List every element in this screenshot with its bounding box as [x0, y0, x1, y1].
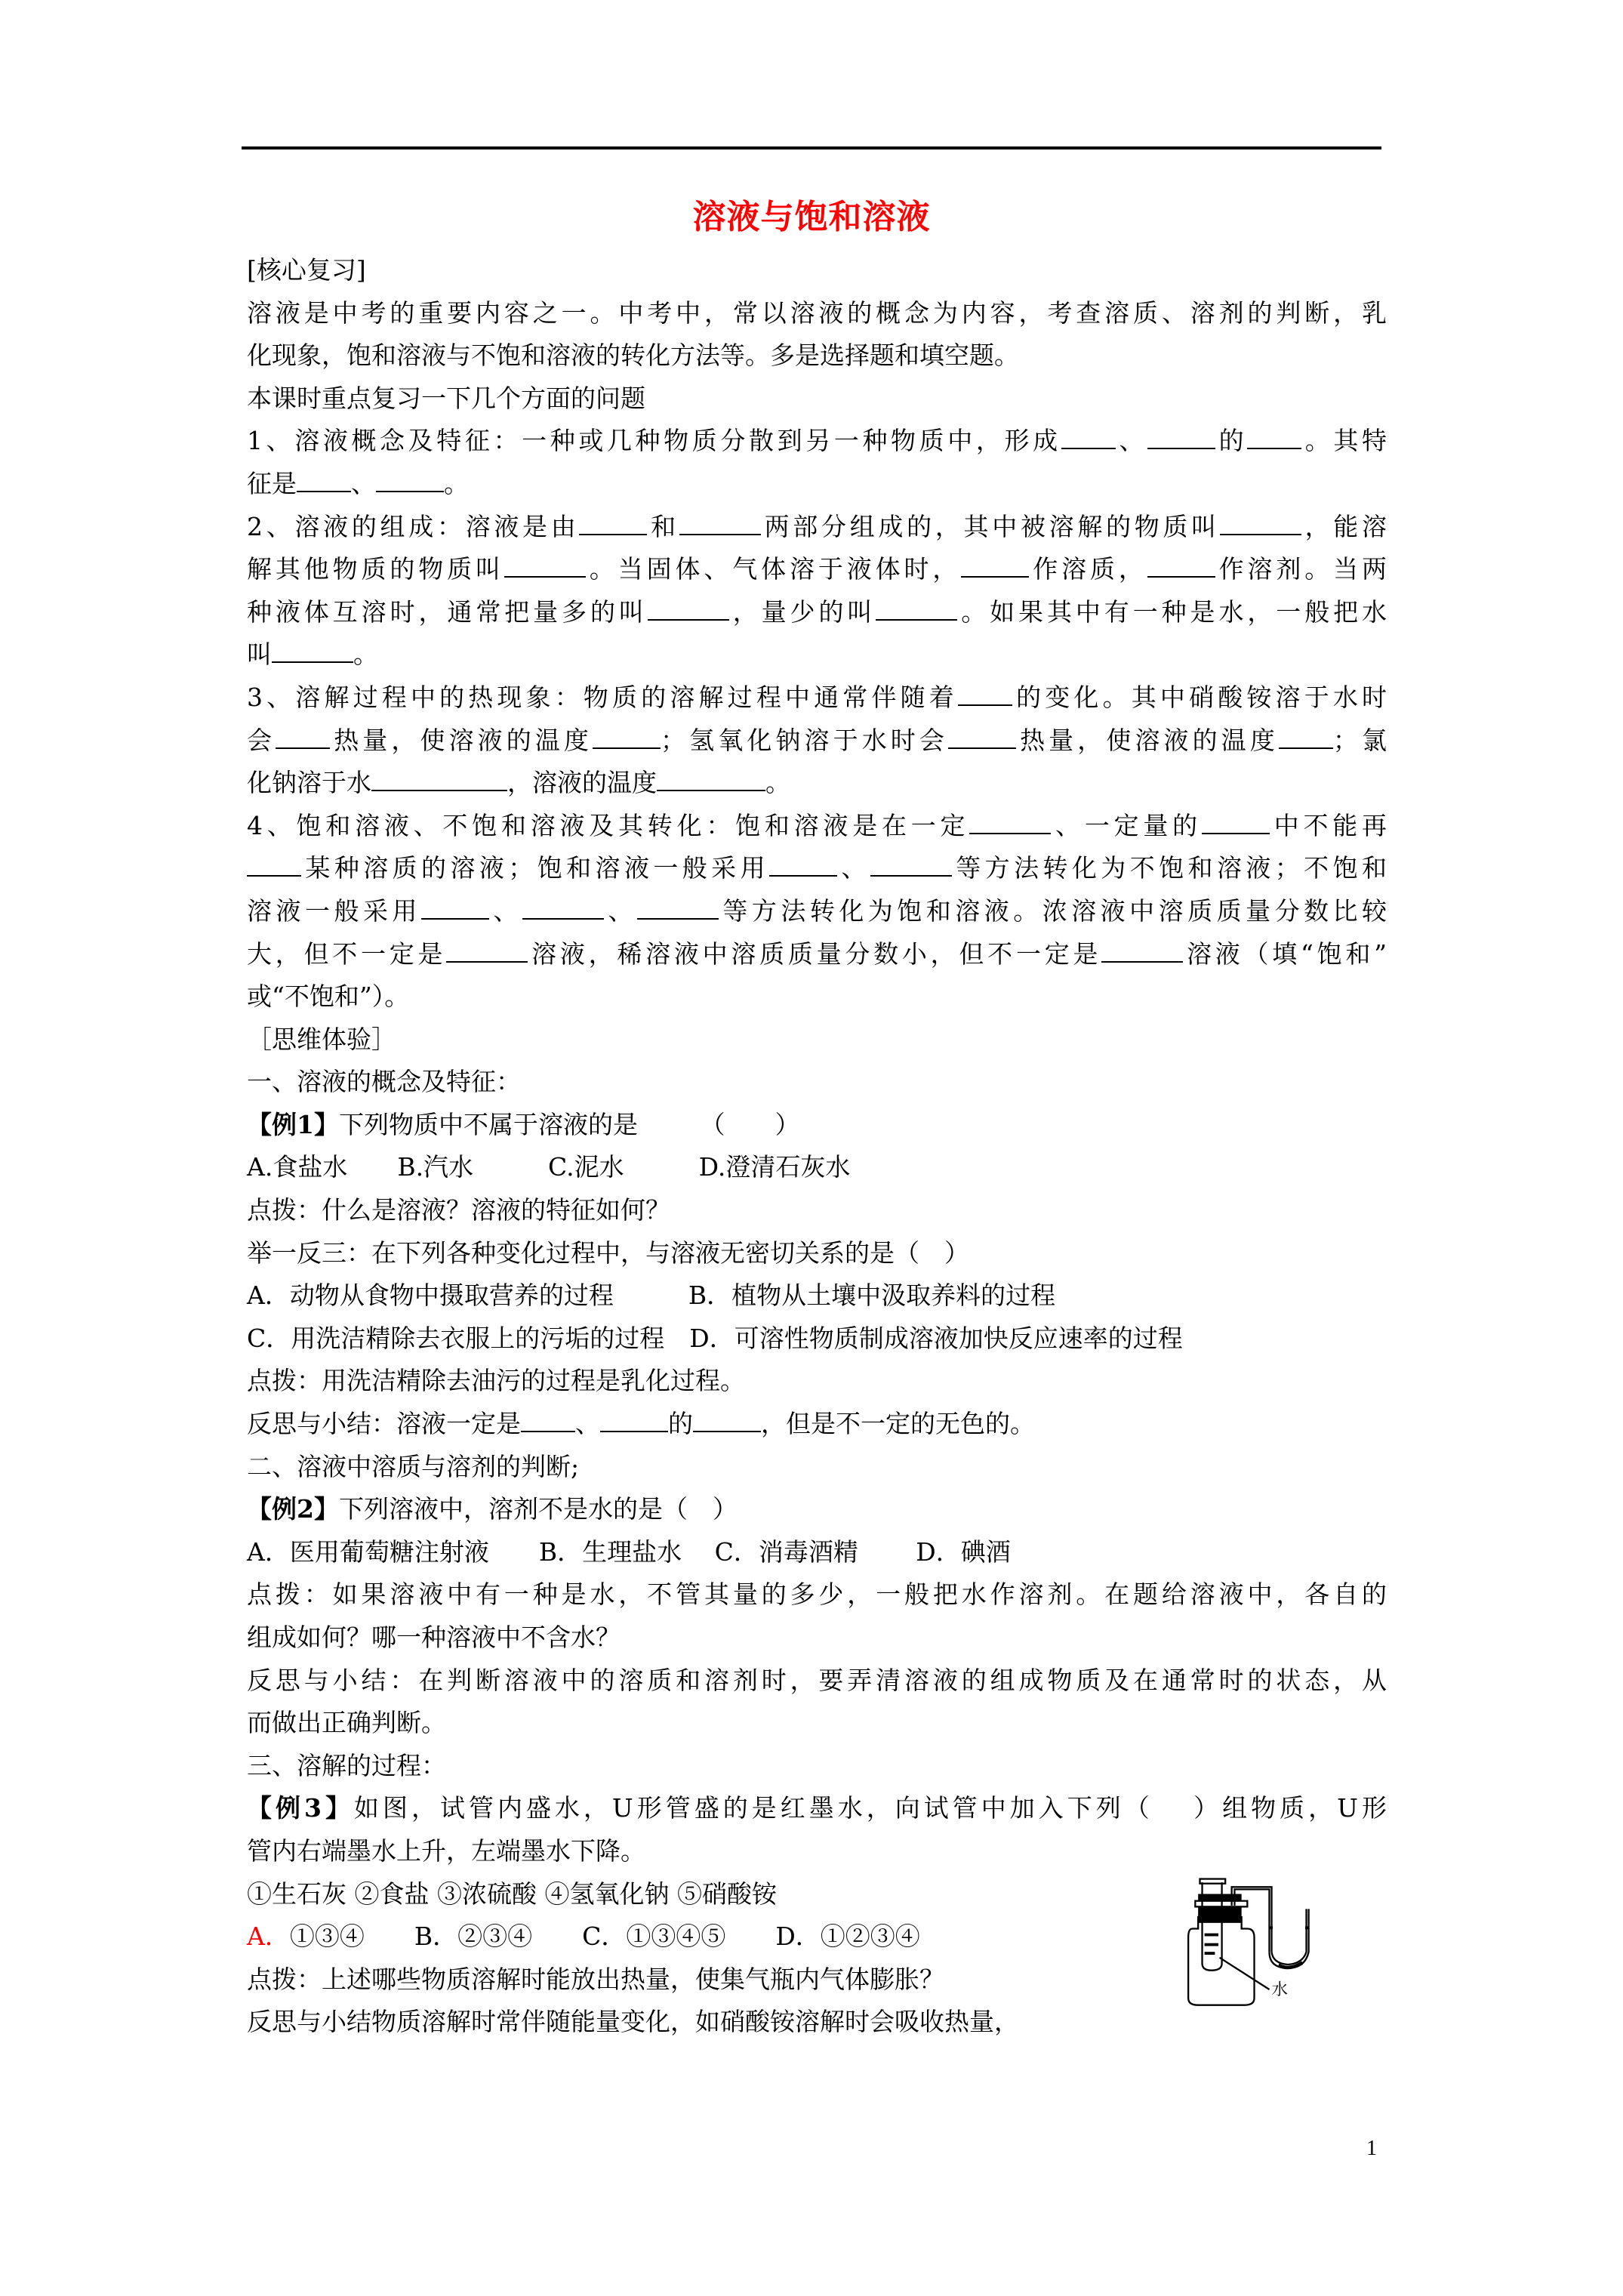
text-segment: 中不能再	[1270, 811, 1387, 840]
text-segment: 解其他物质的物质叫	[247, 554, 504, 584]
page-title: 溶液与饱和溶液	[0, 195, 1623, 240]
u-tube-apparatus-icon: 水	[1166, 1865, 1340, 2027]
text-segment: 叫	[247, 639, 272, 669]
text-segment: 或“不饱和”）。	[247, 982, 409, 1011]
text-line: 而做出正确判断。	[247, 1702, 1387, 1745]
text-segment: 。其特	[1301, 426, 1387, 455]
fill-in-blank	[521, 1408, 575, 1432]
text-segment: 、	[837, 853, 870, 883]
text-segment: 本课时重点复习一下几个方面的问题	[247, 384, 645, 413]
fill-in-blank	[876, 596, 957, 621]
fill-in-blank	[769, 852, 837, 877]
fill-in-blank	[376, 468, 444, 492]
text-line: 二、溶液中溶质与溶剂的判断;	[247, 1446, 1387, 1489]
text-line: 点拨：什么是溶液？溶液的特征如何？	[247, 1189, 1387, 1232]
text-line: ［思维体验］	[247, 1019, 1387, 1062]
text-segment: 点拨：如果溶液中有一种是水，不管其量的多少，一般把水作溶剂。在题给溶液中，各自的	[247, 1579, 1387, 1609]
text-segment: 反思与小结：溶液一定是	[247, 1409, 521, 1438]
apparatus-figure: 水	[1166, 1865, 1340, 2027]
text-segment: 种液体互溶时，通常把量多的叫	[247, 597, 648, 627]
fill-in-blank	[1279, 725, 1333, 749]
text-segment: 溶液，稀溶液中溶质质量分数小，但不一定是	[528, 939, 1101, 969]
text-segment: 4、饱和溶液、不饱和溶液及其转化：饱和溶液是在一定	[247, 811, 969, 840]
text-segment: A．医用葡萄糖注射液 B．生理盐水 C．消毒酒精 D．碘酒	[247, 1537, 1011, 1567]
text-segment: ，量少的叫	[729, 597, 876, 627]
fill-in-blank	[272, 639, 353, 663]
text-line: 三、溶解的过程：	[247, 1745, 1387, 1788]
fill-in-blank	[504, 553, 586, 578]
text-segment: 反思与小结：在判断溶液中的溶质和溶剂时，要弄清溶液的组成物质及在通常时的状态，从	[247, 1666, 1387, 1695]
text-line: A．动物从食物中摄取营养的过程 B．植物从土壤中汲取养料的过程	[247, 1274, 1387, 1318]
text-line: 点拨：如果溶液中有一种是水，不管其量的多少，一般把水作溶剂。在题给溶液中，各自的	[247, 1573, 1387, 1616]
text-line: 或“不饱和”）。	[247, 975, 1387, 1019]
text-segment: 而做出正确判断。	[247, 1708, 446, 1737]
text-segment: 一、溶液的概念及特征：	[247, 1067, 521, 1096]
text-segment: 的变化。其中硝酸铵溶于水时	[1012, 683, 1387, 712]
text-segment: 1、溶液概念及特征：一种或几种物质分散到另一种物质中，形成	[247, 426, 1061, 455]
text-segment: ①生石灰 ②食盐 ③浓硫酸 ④氢氧化钠 ⑤硝酸铵	[247, 1879, 777, 1909]
water-label: 水	[1272, 1980, 1288, 1999]
text-segment: ，能溶	[1301, 512, 1387, 541]
text-segment: 大，但不一定是	[247, 939, 446, 969]
fill-in-blank	[421, 895, 489, 920]
fill-in-blank	[371, 767, 507, 791]
text-line: 组成如何？哪一种溶液中不含水？	[247, 1616, 1387, 1660]
text-segment: 点拨：用洗洁精除去油污的过程是乳化过程。	[247, 1366, 745, 1395]
text-segment: 、	[351, 469, 376, 498]
text-segment: 溶液是中考的重要内容之一。中考中，常以溶液的概念为内容，考查溶质、溶剂的判断，乳	[247, 298, 1387, 328]
text-segment: 的	[1215, 426, 1247, 455]
text-segment: 。当固体、气体溶于液体时，	[586, 554, 961, 584]
text-segment: 3、溶解过程中的热现象：物质的溶解过程中通常伴随着	[247, 683, 958, 712]
fill-in-blank	[693, 1408, 761, 1432]
text-line: 4、饱和溶液、不饱和溶液及其转化：饱和溶液是在一定、一定量的中不能再	[247, 805, 1387, 848]
fill-in-blank	[648, 596, 729, 621]
text-line: 本课时重点复习一下几个方面的问题	[247, 378, 1387, 421]
text-segment: 和	[647, 512, 679, 541]
text-segment: ；氯	[1333, 726, 1387, 755]
text-segment: 。	[444, 469, 469, 498]
text-line: 反思与小结：溶液一定是、的，但是不一定的无色的。	[247, 1403, 1387, 1446]
text-segment: 化钠溶于水	[247, 768, 371, 797]
text-segment: 溶液（填“饱和”	[1183, 939, 1387, 969]
text-line: 反思与小结：在判断溶液中的溶质和溶剂时，要弄清溶液的组成物质及在通常时的状态，从	[247, 1660, 1387, 1703]
fill-in-blank	[1061, 425, 1116, 449]
example-label: 【例2】	[247, 1494, 339, 1524]
fill-in-blank	[1220, 511, 1301, 535]
fill-in-blank	[1101, 938, 1183, 963]
page-number: 1	[1366, 2137, 1377, 2161]
text-segment: 下列物质中不属于溶液的是 （ ）	[339, 1110, 800, 1139]
text-segment: 化现象，饱和溶液与不饱和溶液的转化方法等。多是选择题和填空题。	[247, 341, 1019, 370]
text-segment: 溶液一般采用	[247, 896, 421, 926]
fill-in-blank	[1147, 425, 1215, 449]
text-segment: 等方法转化为饱和溶液。浓溶液中溶质质量分数比较	[719, 896, 1387, 926]
text-line: 【例3】如图，试管内盛水，U形管盛的是红墨水，向试管中加入下列（ ）组物质，U形	[247, 1787, 1387, 1830]
text-line: A.食盐水 B.汽水 C.泥水 D.澄清石灰水	[247, 1146, 1387, 1189]
text-line: 叫。	[247, 633, 1387, 676]
text-line: 2、溶液的组成：溶液是由和两部分组成的，其中被溶解的物质叫，能溶	[247, 506, 1387, 549]
text-segment: 热量，使溶液的温度	[1016, 726, 1279, 755]
text-segment: 、	[604, 896, 637, 926]
text-segment: 、	[575, 1409, 600, 1438]
text-segment: 。	[765, 768, 790, 797]
text-segment: 下列溶液中，溶剂不是水的是（ ）	[339, 1494, 738, 1524]
text-segment: 点拨：上述哪些物质溶解时能放出热量，使集气瓶内气体膨胀？	[247, 1965, 944, 1994]
text-segment: 二、溶液中溶质与溶剂的判断;	[247, 1452, 579, 1481]
example-label: 【例3】	[247, 1793, 354, 1823]
text-line: 化现象，饱和溶液与不饱和溶液的转化方法等。多是选择题和填空题。	[247, 334, 1387, 378]
fill-in-blank	[870, 852, 952, 877]
text-line: 解其他物质的物质叫。当固体、气体溶于液体时，作溶质，作溶剂。当两	[247, 548, 1387, 591]
fill-in-blank	[657, 767, 765, 791]
text-segment: 征是	[247, 469, 297, 498]
text-segment: 作溶剂。当两	[1215, 554, 1387, 584]
text-segment: 2、溶液的组成：溶液是由	[247, 512, 579, 541]
text-segment: ［思维体验］	[247, 1025, 396, 1054]
text-line: 举一反三：在下列各种变化过程中，与溶液无密切关系的是（ ）	[247, 1232, 1387, 1275]
text-segment: ①③④ B．②③④ C．①③④⑤ D．①②③④	[290, 1922, 920, 1951]
text-segment: ；氢氧化钠溶于水时会	[661, 726, 948, 755]
text-line: 种液体互溶时，通常把量多的叫，量少的叫。如果其中有一种是水，一般把水	[247, 591, 1387, 634]
text-segment: A.食盐水 B.汽水 C.泥水 D.澄清石灰水	[247, 1152, 850, 1182]
text-segment: 举一反三：在下列各种变化过程中，与溶液无密切关系的是（ ）	[247, 1238, 969, 1268]
fill-in-blank	[958, 682, 1012, 706]
text-segment: 会	[247, 726, 276, 755]
document-body: [核心复习]溶液是中考的重要内容之一。中考中，常以溶液的概念为内容，考查溶质、溶…	[247, 249, 1387, 2044]
text-segment: [核心复习]	[247, 255, 366, 285]
fill-in-blank	[1202, 810, 1270, 834]
text-segment: 某种溶质的溶液；饱和溶液一般采用	[301, 853, 769, 883]
fill-in-blank	[579, 511, 647, 535]
text-line: 【例1】下列物质中不属于溶液的是 （ ）	[247, 1104, 1387, 1147]
text-segment: 、	[1116, 426, 1147, 455]
text-segment: C．用洗洁精除去衣服上的污垢的过程 D．可溶性物质制成溶液加快反应速率的过程	[247, 1324, 1183, 1353]
text-line: 点拨：用洗洁精除去油污的过程是乳化过程。	[247, 1360, 1387, 1403]
text-line: 化钠溶于水，溶液的温度。	[247, 762, 1387, 805]
text-segment: ，溶液的温度	[507, 768, 657, 797]
text-line: C．用洗洁精除去衣服上的污垢的过程 D．可溶性物质制成溶液加快反应速率的过程	[247, 1318, 1387, 1361]
text-segment: 两部分组成的，其中被溶解的物质叫	[761, 512, 1220, 541]
text-segment: 。	[353, 639, 378, 669]
text-line: [核心复习]	[247, 249, 1387, 292]
fill-in-blank	[297, 468, 351, 492]
fill-in-blank	[948, 725, 1016, 749]
fill-in-blank	[593, 725, 661, 749]
fill-in-blank	[961, 553, 1029, 578]
fill-in-blank	[276, 725, 330, 749]
text-line: 征是、。	[247, 463, 1387, 506]
example-label: 【例1】	[247, 1110, 339, 1139]
fill-in-blank	[446, 938, 528, 963]
fill-in-blank	[600, 1408, 668, 1432]
text-segment: 点拨：什么是溶液？溶液的特征如何？	[247, 1195, 670, 1225]
header-rule	[242, 146, 1381, 149]
text-segment: 的	[668, 1409, 693, 1438]
text-line: 溶液是中考的重要内容之一。中考中，常以溶液的概念为内容，考查溶质、溶剂的判断，乳	[247, 292, 1387, 335]
text-line: 溶液一般采用、、等方法转化为饱和溶液。浓溶液中溶质质量分数比较	[247, 890, 1387, 933]
text-segment: A．动物从食物中摄取营养的过程 B．植物从土壤中汲取养料的过程	[247, 1281, 1055, 1310]
text-segment: 如图，试管内盛水，U形管盛的是红墨水，向试管中加入下列（ ）组物质，U形	[354, 1793, 1387, 1823]
text-segment: 反思与小结物质溶解时常伴随能量变化，如硝酸铵溶解时会吸收热量，	[247, 2007, 1019, 2036]
text-segment: 、	[489, 896, 522, 926]
text-segment: 、一定量的	[1051, 811, 1202, 840]
text-segment: ，但是不一定的无色的。	[761, 1409, 1035, 1438]
text-segment: 热量，使溶液的温度	[330, 726, 593, 755]
fill-in-blank	[1247, 425, 1301, 449]
answer-text: A．	[247, 1922, 290, 1951]
text-line: 3、溶解过程中的热现象：物质的溶解过程中通常伴随着的变化。其中硝酸铵溶于水时	[247, 676, 1387, 720]
text-segment: 。如果其中有一种是水，一般把水	[957, 597, 1387, 627]
fill-in-blank	[1147, 553, 1215, 578]
text-line: A．医用葡萄糖注射液 B．生理盐水 C．消毒酒精 D．碘酒	[247, 1531, 1387, 1574]
text-segment: 等方法转化为不饱和溶液；不饱和	[952, 853, 1387, 883]
text-line: 一、溶液的概念及特征：	[247, 1061, 1387, 1104]
fill-in-blank	[679, 511, 761, 535]
text-line: 1、溶液概念及特征：一种或几种物质分散到另一种物质中，形成、的。其特	[247, 420, 1387, 463]
text-line: 【例2】下列溶液中，溶剂不是水的是（ ）	[247, 1488, 1387, 1531]
text-segment: 组成如何？哪一种溶液中不含水？	[247, 1623, 621, 1652]
fill-in-blank	[247, 852, 301, 877]
fill-in-blank	[522, 895, 604, 920]
text-line: 会热量，使溶液的温度；氢氧化钠溶于水时会热量，使溶液的温度；氯	[247, 720, 1387, 763]
text-segment: 管内右端墨水上升，左端墨水下降。	[247, 1836, 645, 1866]
text-segment: 作溶质，	[1029, 554, 1147, 584]
text-line: 大，但不一定是溶液，稀溶液中溶质质量分数小，但不一定是溶液（填“饱和”	[247, 933, 1387, 976]
text-segment: 三、溶解的过程：	[247, 1751, 446, 1780]
text-line: 某种溶质的溶液；饱和溶液一般采用、等方法转化为不饱和溶液；不饱和	[247, 847, 1387, 890]
fill-in-blank	[637, 895, 719, 920]
fill-in-blank	[969, 810, 1051, 834]
